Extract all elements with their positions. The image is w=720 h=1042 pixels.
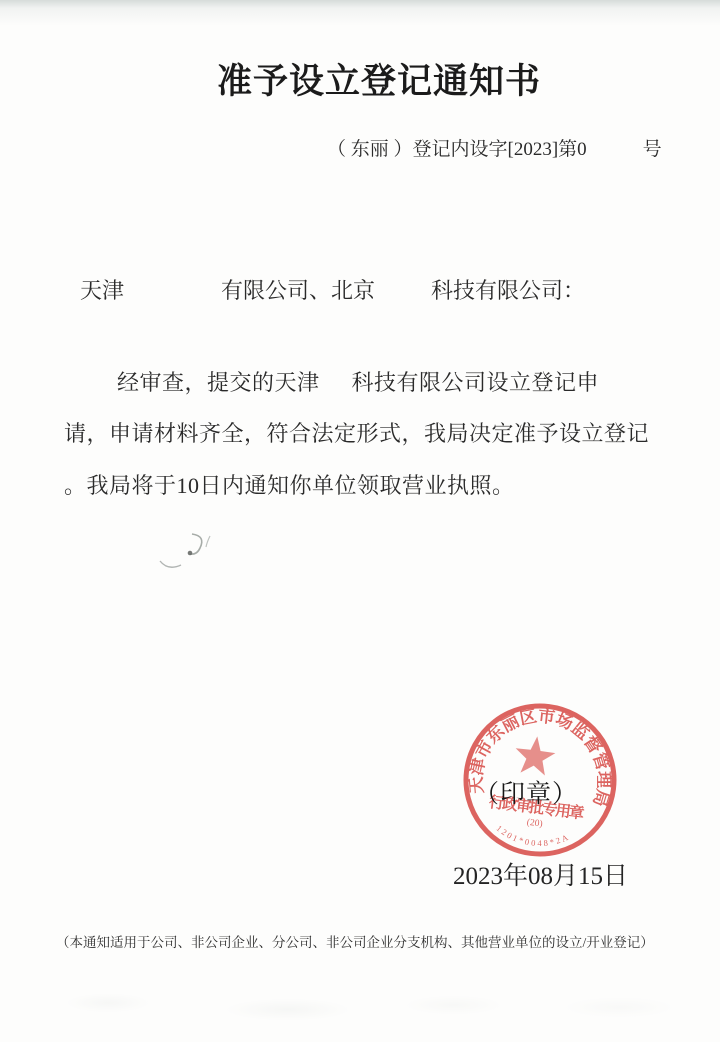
document-title: 准予设立登记通知书 [217,54,541,104]
body-paragraph-line-3: 。我局将于10日内通知你单位领取营业执照。 [64,469,515,500]
body-paragraph-line-1: 经审查，提交的天津科技有限公司设立登记申 [117,366,599,397]
footer-applicability-note: （本通知适用于公司、非公司企业、分公司、非公司企业分支机构、其他营业单位的设立/… [56,931,654,951]
scan-noise-band [0,985,720,1030]
seal-star-icon [513,734,557,777]
addressee-line: 天津有限公司、北京科技有限公司： [80,274,585,305]
seal-code: (20) [526,817,543,830]
issue-date: 2023年08月15日 [453,856,628,892]
reference-prefix: （ 东丽 ）登记内设字[2023]第0 [327,139,587,160]
addressee-company-3: 科技有限公司： [431,278,585,303]
body-line1-end: 科技有限公司设立登记申 [352,370,600,395]
seal-placeholder-label: （印章） [474,774,578,810]
body-paragraph-line-2: 请，申请材料齐全，符合法定形式，我局决定准予设立登记 [64,417,649,448]
reference-suffix: 号 [643,134,662,161]
scanner-edge-shadow [0,0,720,30]
body-line1-start: 经审查，提交的天津 [117,370,320,395]
reference-number-line: （ 东丽 ）登记内设字[2023]第0号 [327,134,662,161]
scanned-document-page: 准予设立登记通知书 （ 东丽 ）登记内设字[2023]第0号 天津有限公司、北京… [0,0,720,1042]
pen-stray-mark [150,528,220,578]
addressee-company-2: 有限公司、北京 [221,278,375,303]
addressee-company-1: 天津 [80,278,124,303]
